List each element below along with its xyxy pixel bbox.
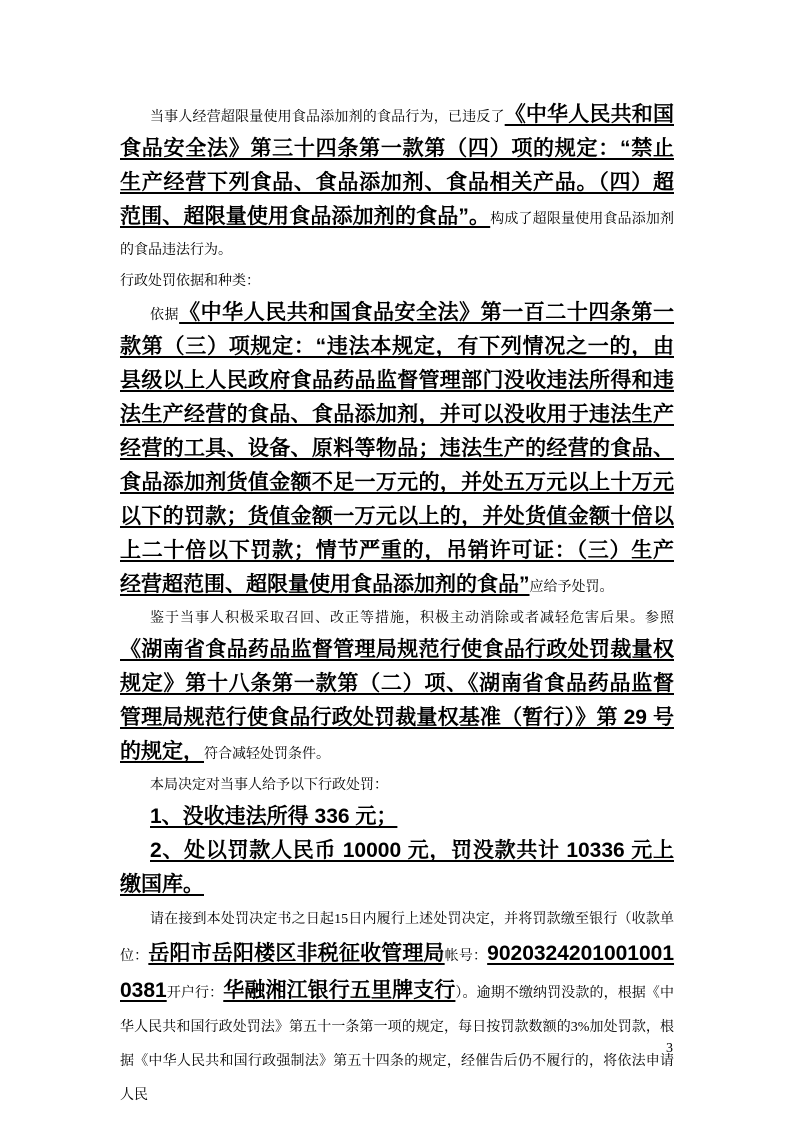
payee-name: 岳阳市岳阳楼区非税征收管理局 xyxy=(148,942,444,965)
basis-lead-text: 依据 xyxy=(150,308,179,323)
paragraph-penalty-basis: 依据《中华人民共和国食品安全法》第一百二十四条第一款第（三）项规定：“违法本规定… xyxy=(120,297,674,603)
violation-lead-text: 当事人经营超限量使用食品添加剂的食品行为，已违反了 xyxy=(150,110,505,125)
penalty-item-1-text: 1、没收违法所得 336 元； xyxy=(150,805,397,828)
mitigation-tail-text: 符合减轻处罚条件。 xyxy=(204,747,330,762)
paragraph-payment-instructions: 请在接到本处罚决定书之日起15日内履行上述处罚决定，并将罚款缴至银行（收款单位：… xyxy=(120,903,674,1113)
basis-tail-text: 应给予处罚。 xyxy=(530,580,614,595)
account-number-label: 帐号： xyxy=(445,949,488,964)
law-citation-hunan-discretion-rules: 《湖南省食品药品监督管理局规范行使食品行政处罚裁量权规定》第十八条第一款第（二）… xyxy=(120,638,674,763)
paragraph-violation-finding: 当事人经营超限量使用食品添加剂的食品行为，已违反了《中华人民共和国食品安全法》第… xyxy=(120,99,674,266)
mitigation-lead-text: 鉴于当事人积极采取召回、改正等措施，积极主动消除或者减轻危害后果。参照 xyxy=(150,611,674,626)
paragraph-decision-intro: 本局决定对当事人给予以下行政处罚： xyxy=(120,770,674,801)
penalty-decision-document-page: 当事人经营超限量使用食品添加剂的食品行为，已违反了《中华人民共和国食品安全法》第… xyxy=(0,0,793,1122)
payment-tail-text: ）。逾期不缴纳罚没款的，根据《中华人民共和国行政处罚法》第五十一条第一项的规定，… xyxy=(120,986,674,1103)
heading-penalty-basis-and-type: 行政处罚依据和种类： xyxy=(120,266,674,297)
document-body: 当事人经营超限量使用食品添加剂的食品行为，已违反了《中华人民共和国食品安全法》第… xyxy=(120,99,674,1113)
bank-name: 华融湘江银行五里牌支行 xyxy=(223,979,455,1002)
bank-label: 开户行： xyxy=(167,986,224,1001)
paragraph-mitigation: 鉴于当事人积极采取召回、改正等措施，积极主动消除或者减轻危害后果。参照《湖南省食… xyxy=(120,603,674,770)
penalty-item-1: 1、没收违法所得 336 元； xyxy=(120,801,674,835)
penalty-item-2-text: 2、处以罚款人民币 10000 元，罚没款共计 10336 元上缴国库。 xyxy=(120,839,674,896)
page-number: 3 xyxy=(666,1042,673,1056)
penalty-item-2: 2、处以罚款人民币 10000 元，罚没款共计 10336 元上缴国库。 xyxy=(120,835,674,903)
law-citation-food-safety-article-124: 《中华人民共和国食品安全法》第一百二十四条第一款第（三）项规定：“违法本规定，有… xyxy=(120,301,674,596)
